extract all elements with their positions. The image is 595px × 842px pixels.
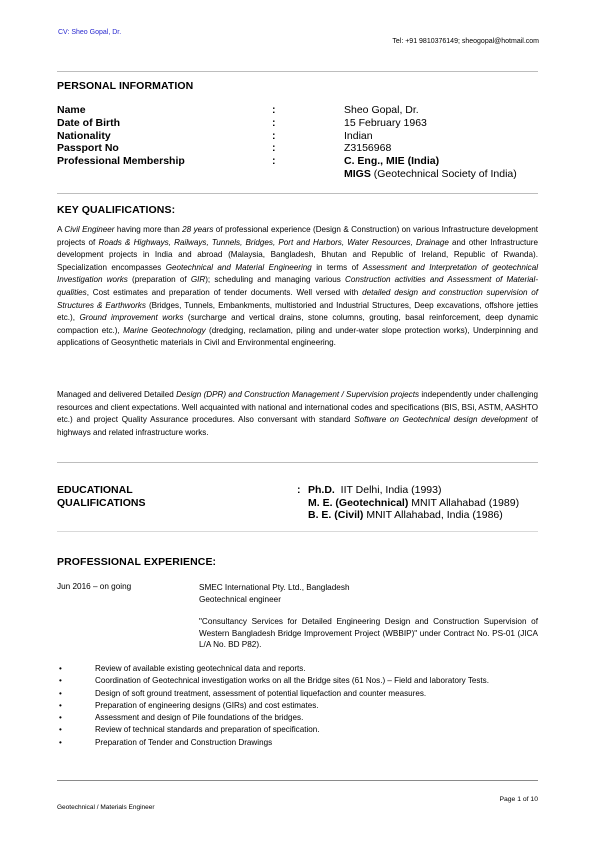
pi-row-membership-2: MIGS (Geotechnical Society of India)	[57, 168, 538, 181]
section-heading-education: EDUCATIONAL QUALIFICATIONS	[57, 484, 197, 509]
pi-value: Sheo Gopal, Dr.	[344, 104, 538, 117]
pi-colon: :	[272, 130, 344, 143]
edu-colon: :	[297, 484, 301, 496]
membership-abbrev: MIGS	[344, 168, 371, 180]
pi-value: 15 February 1963	[344, 117, 538, 130]
pi-value: Indian	[344, 130, 538, 143]
pi-colon: :	[272, 117, 344, 130]
membership-desc: (Geotechnical Society of India)	[371, 168, 517, 180]
duty-item: •Preparation of engineering designs (GIR…	[57, 700, 538, 712]
pi-value: MIGS (Geotechnical Society of India)	[344, 168, 538, 181]
pi-row-name: Name : Sheo Gopal, Dr.	[57, 104, 538, 117]
divider	[57, 71, 538, 72]
pi-colon: :	[272, 142, 344, 155]
pi-value: Z3156968	[344, 142, 538, 155]
duty-item: •Review of technical standards and prepa…	[57, 724, 538, 736]
pi-row-passport: Passport No : Z3156968	[57, 142, 538, 155]
page-number: Page 1 of 10	[499, 796, 538, 803]
experience-duties-list: •Review of available existing geotechnic…	[57, 663, 538, 749]
section-heading-key-qualifications: KEY QUALIFICATIONS:	[57, 204, 175, 216]
pi-value: C. Eng., MIE (India)	[344, 155, 538, 168]
pi-row-membership: Professional Membership : C. Eng., MIE (…	[57, 155, 538, 168]
pi-label: Passport No	[57, 142, 272, 155]
education-item: M. E. (Geotechnical) MNIT Allahabad (198…	[308, 497, 519, 510]
header-contact: Tel: +91 9810376149; sheogopal@hotmail.c…	[392, 38, 539, 45]
pi-label: Name	[57, 104, 272, 117]
duty-item: •Coordination of Geotechnical investigat…	[57, 675, 538, 687]
experience-role: Geotechnical engineer	[199, 594, 538, 606]
pi-label: Date of Birth	[57, 117, 272, 130]
header-cv-title: CV: Sheo Gopal, Dr.	[58, 29, 121, 36]
divider	[57, 531, 538, 532]
pi-row-date-of-birth: Date of Birth : 15 February 1963	[57, 117, 538, 130]
pi-label: Nationality	[57, 130, 272, 143]
education-item: Ph.D. IIT Delhi, India (1993)	[308, 484, 519, 497]
duty-item: •Design of soft ground treatment, assess…	[57, 688, 538, 700]
experience-detail: SMEC International Pty. Ltd., Bangladesh…	[199, 582, 538, 651]
divider	[57, 193, 538, 194]
pi-colon: :	[272, 104, 344, 117]
bullet-icon: •	[57, 712, 95, 724]
key-qualifications-paragraph-1: A Civil Engineer having more than 28 yea…	[57, 224, 538, 350]
duty-item: •Preparation of Tender and Construction …	[57, 737, 538, 749]
experience-period: Jun 2016 – on going	[57, 582, 131, 591]
footer-divider	[57, 780, 538, 781]
pi-colon: :	[272, 155, 344, 168]
personal-information-table: Name : Sheo Gopal, Dr. Date of Birth : 1…	[57, 104, 538, 181]
bullet-icon: •	[57, 724, 95, 736]
footer-job-title: Geotechnical / Materials Engineer	[57, 804, 155, 811]
duty-item: •Assessment and design of Pile foundatio…	[57, 712, 538, 724]
education-item: B. E. (Civil) MNIT Allahabad, India (198…	[308, 509, 519, 522]
bullet-icon: •	[57, 675, 95, 687]
pi-row-nationality: Nationality : Indian	[57, 130, 538, 143]
bullet-icon: •	[57, 688, 95, 700]
bullet-icon: •	[57, 663, 95, 675]
divider	[57, 462, 538, 463]
key-qualifications-paragraph-2: Managed and delivered Detailed Design (D…	[57, 389, 538, 439]
section-heading-professional-experience: PROFESSIONAL EXPERIENCE:	[57, 556, 216, 568]
pi-label: Professional Membership	[57, 155, 272, 168]
section-heading-personal-information: PERSONAL INFORMATION	[57, 80, 193, 92]
experience-employer: SMEC International Pty. Ltd., Bangladesh	[199, 582, 538, 594]
duty-item: •Review of available existing geotechnic…	[57, 663, 538, 675]
education-list: Ph.D. IIT Delhi, India (1993) M. E. (Geo…	[308, 484, 519, 522]
bullet-icon: •	[57, 700, 95, 712]
bullet-icon: •	[57, 737, 95, 749]
experience-project: "Consultancy Services for Detailed Engin…	[199, 616, 538, 651]
